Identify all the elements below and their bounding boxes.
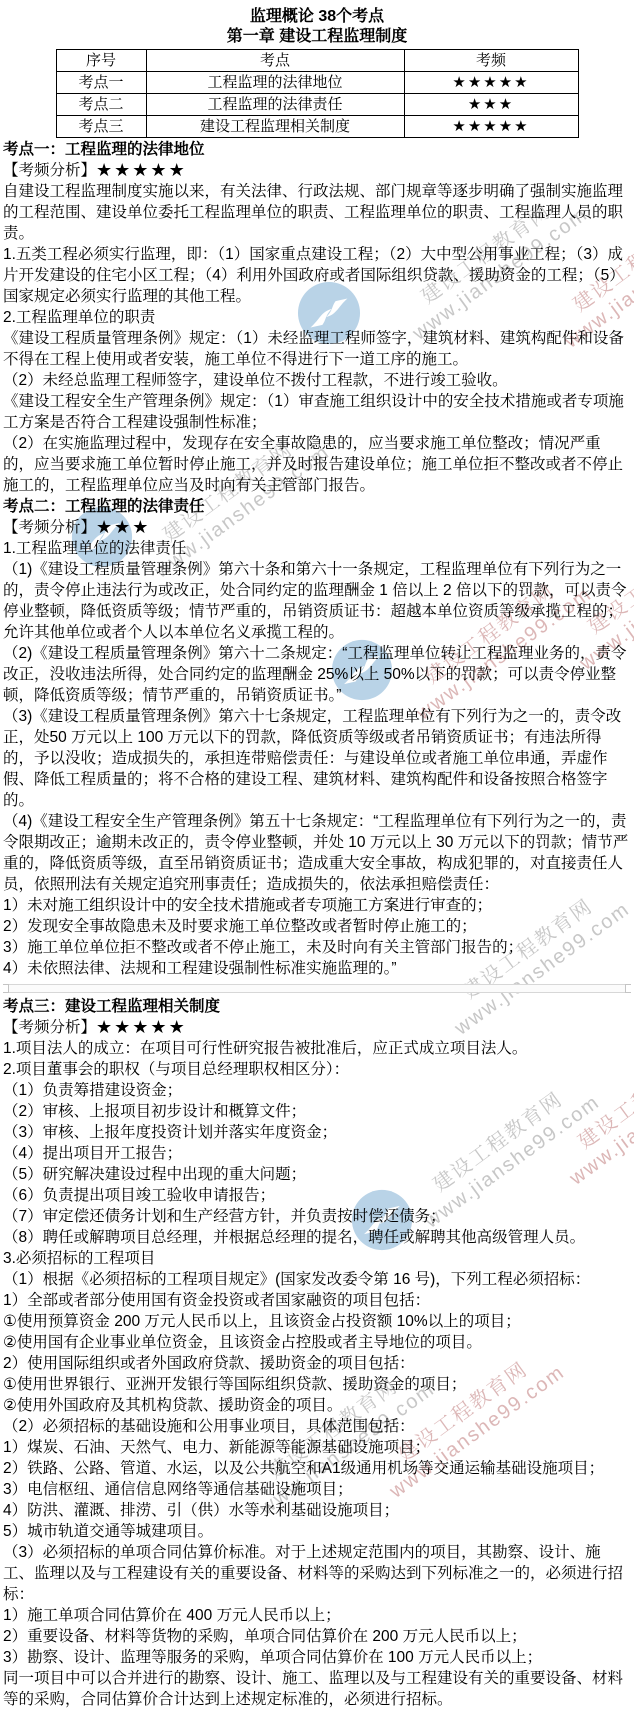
document-content: 监理概论 38个考点 第一章 建设工程监理制度 序号 考点 考频 考点一 工程监… (0, 0, 634, 1722)
paragraph: （1）负责筹措建设资金； (3, 1080, 631, 1101)
table-row: 考点二 工程监理的法律责任 ★★★ (56, 94, 578, 116)
row-no-cell: 考点二 (56, 94, 146, 116)
freq-analysis-line: 【考频分析】★★★★★ (3, 160, 631, 181)
paragraph: 1）未对施工组织设计中的安全技术措施或者专项施工方案进行审查的； (3, 895, 631, 916)
page-break-left-cap (3, 984, 9, 993)
freq-stars: ★★★★★ (96, 160, 187, 180)
chapter-title: 第一章 建设工程监理制度 (3, 27, 631, 46)
paragraph: 2）铁路、公路、管道、水运，以及公共航空和A1级通用机场等交通运输基础设施项目； (3, 1458, 631, 1479)
section-exam-point-2: 考点二：工程监理的法律责任 【考频分析】★★★ 1.工程监理单位的法律责任 （1… (3, 496, 631, 979)
paragraph: （2）必须招标的基础设施和公用事业项目，具体范围包括： (3, 1416, 631, 1437)
document-page: 建设工程教育网www.jianshe99.com 建设工程教育网www.jian… (0, 0, 634, 1722)
paragraph: 2）发现安全事故隐患未及时要求施工单位整改或者暂时停止施工的； (3, 916, 631, 937)
paragraph: 1）施工单项合同估算价在 400 万元人民币以上； (3, 1605, 631, 1626)
header-cell-no: 序号 (56, 50, 146, 72)
section-heading: 考点二：工程监理的法律责任 (3, 496, 631, 517)
table-row: 考点一 工程监理的法律地位 ★★★★★ (56, 72, 578, 94)
freq-analysis-label: 【考频分析】 (3, 519, 96, 536)
paragraph: 《建设工程安全生产管理条例》规定：（1）审查施工组织设计中的安全技术措施或者专项… (3, 391, 631, 433)
paragraph: 自建设工程监理制度实施以来，有关法律、行政法规、部门规章等逐步明确了强制实施监理… (3, 181, 631, 244)
doc-title: 监理概论 38个考点 (3, 7, 631, 26)
paragraph: （1)《建设工程质量管理条例》第六十条和第六十一条规定，工程监理单位有下列行为之… (3, 559, 631, 643)
paragraph: 3.必须招标的工程项目 (3, 1248, 631, 1269)
table-row: 考点三 建设工程监理相关制度 ★★★★★ (56, 116, 578, 138)
paragraph: ②使用外国政府及其机构贷款、援助资金的项目。 (3, 1395, 631, 1416)
paragraph: （5）研究解决建设过程中出现的重大问题； (3, 1164, 631, 1185)
paragraph: ①使用预算资金 200 万元人民币以上，且该资金占投资额 10%以上的项目； (3, 1311, 631, 1332)
section-exam-point-1: 考点一：工程监理的法律地位 【考频分析】★★★★★ 自建设工程监理制度实施以来，… (3, 139, 631, 496)
freq-analysis-label: 【考频分析】 (3, 162, 96, 179)
section-heading: 考点三：建设工程监理相关制度 (3, 996, 631, 1017)
freq-analysis-line: 【考频分析】★★★★★ (3, 1017, 631, 1038)
paragraph: 3）电信枢纽、通信信息网络等通信基础设施项目； (3, 1479, 631, 1500)
paragraph: 3）施工单位单位拒不整改或者不停止施工，未及时向有关主管部门报告的； (3, 937, 631, 958)
paragraph: （3）必须招标的单项合同估算价标准。对于上述规定范围内的项目，其勘察、设计、施工… (3, 1542, 631, 1605)
paragraph: 同一项目中可以合并进行的勘察、设计、施工、监理以及与工程建设有关的重要设备、材料… (3, 1668, 631, 1710)
freq-analysis-line: 【考频分析】★★★ (3, 517, 631, 538)
paragraph: 1.工程监理单位的法律责任 (3, 538, 631, 559)
paragraph: （6）负责提出项目竣工验收申请报告； (3, 1185, 631, 1206)
paragraph: 1）煤炭、石油、天然气、电力、新能源等能源基础设施项目； (3, 1437, 631, 1458)
topic-cell: 工程监理的法律地位 (146, 72, 404, 94)
paragraph: （8）聘任或解聘项目总经理，并根据总经理的提名，聘任或解聘其他高级管理人员。 (3, 1227, 631, 1248)
paragraph: 4）未依照法律、法规和工程建设强制性标准实施监理的。” (3, 958, 631, 979)
paragraph: 5）城市轨道交通等城建项目。 (3, 1521, 631, 1542)
paragraph: ①使用世界银行、亚洲开发银行等国际组织贷款、援助资金的项目； (3, 1374, 631, 1395)
paragraph: 《建设工程质量管理条例》规定：（1）未经监理工程师签字，建筑材料、建筑构配件和设… (3, 328, 631, 370)
paragraph: （3）审核、上报年度投资计划并落实年度资金； (3, 1122, 631, 1143)
row-no-cell: 考点三 (56, 116, 146, 138)
header-cell-freq: 考频 (404, 50, 578, 72)
paragraph: （3)《建设工程质量管理条例》第六十七条规定，工程监理单位有下列行为之一的，责令… (3, 706, 631, 811)
paragraph: （2）在实施监理过程中，发现存在安全事故隐患的，应当要求施工单位整改；情况严重的… (3, 433, 631, 496)
page-break-right-cap (625, 984, 631, 993)
paragraph: 4）防洪、灌溉、排涝、引（供）水等水利基础设施项目； (3, 1500, 631, 1521)
paragraph: （2）未经总监理工程师签字，建设单位不拨付工程款，不进行竣工验收。 (3, 370, 631, 391)
topic-cell: 工程监理的法律责任 (146, 94, 404, 116)
header-cell-topic: 考点 (146, 50, 404, 72)
paragraph: （4）提出项目开工报告； (3, 1143, 631, 1164)
freq-stars: ★★★ (96, 517, 150, 537)
row-no-cell: 考点一 (56, 72, 146, 94)
stars-cell: ★★★ (404, 94, 578, 116)
exam-points-table: 序号 考点 考频 考点一 工程监理的法律地位 ★★★★★ 考点二 工程监理的法律… (56, 49, 579, 138)
paragraph: ②使用国有企业事业单位资金，且该资金占控股或者主导地位的项目。 (3, 1332, 631, 1353)
paragraph: 2）使用国际组织或者外国政府贷款、援助资金的项目包括： (3, 1353, 631, 1374)
paragraph: 2.工程监理单位的职责 (3, 307, 631, 328)
paragraph: 2）重要设备、材料等货物的采购，单项合同估算价在 200 万元人民币以上； (3, 1626, 631, 1647)
paragraph: 1.五类工程必须实行监理，即：（1）国家重点建设工程；（2）大中型公用事业工程；… (3, 244, 631, 307)
paragraph: （2)《建设工程质量管理条例》第六十二条规定：“工程监理单位转让工程监理业务的，… (3, 643, 631, 706)
table-header-row: 序号 考点 考频 (56, 50, 578, 72)
paragraph: 2.项目董事会的职权（与项目总经理职权相区分）： (3, 1059, 631, 1080)
stars-cell: ★★★★★ (404, 72, 578, 94)
paragraph: 3）勘察、设计、监理等服务的采购，单项合同估算价在 100 万元人民币以上； (3, 1647, 631, 1668)
freq-analysis-label: 【考频分析】 (3, 1019, 96, 1036)
section-exam-point-3: 考点三：建设工程监理相关制度 【考频分析】★★★★★ 1.项目法人的成立：在项目… (3, 996, 631, 1710)
freq-stars: ★★★★★ (96, 1017, 187, 1037)
paragraph: 1.项目法人的成立：在项目可行性研究报告被批准后，应正式成立项目法人。 (3, 1038, 631, 1059)
stars-cell: ★★★★★ (404, 116, 578, 138)
paragraph: （1）根据《必须招标的工程项目规定》(国家发改委令第 16 号)，下列工程必须招… (3, 1269, 631, 1290)
paragraph: 1）全部或者部分使用国有资金投资或者国家融资的项目包括： (3, 1290, 631, 1311)
section-heading: 考点一：工程监理的法律地位 (3, 139, 631, 160)
paragraph: （7）审定偿还债务计划和生产经营方针，并负责按时偿还债务； (3, 1206, 631, 1227)
paragraph: （4)《建设工程安全生产管理条例》第五十七条规定：“工程监理单位有下列行为之一的… (3, 811, 631, 895)
page-break (3, 984, 631, 993)
topic-cell: 建设工程监理相关制度 (146, 116, 404, 138)
paragraph: （2）审核、上报项目初步设计和概算文件； (3, 1101, 631, 1122)
